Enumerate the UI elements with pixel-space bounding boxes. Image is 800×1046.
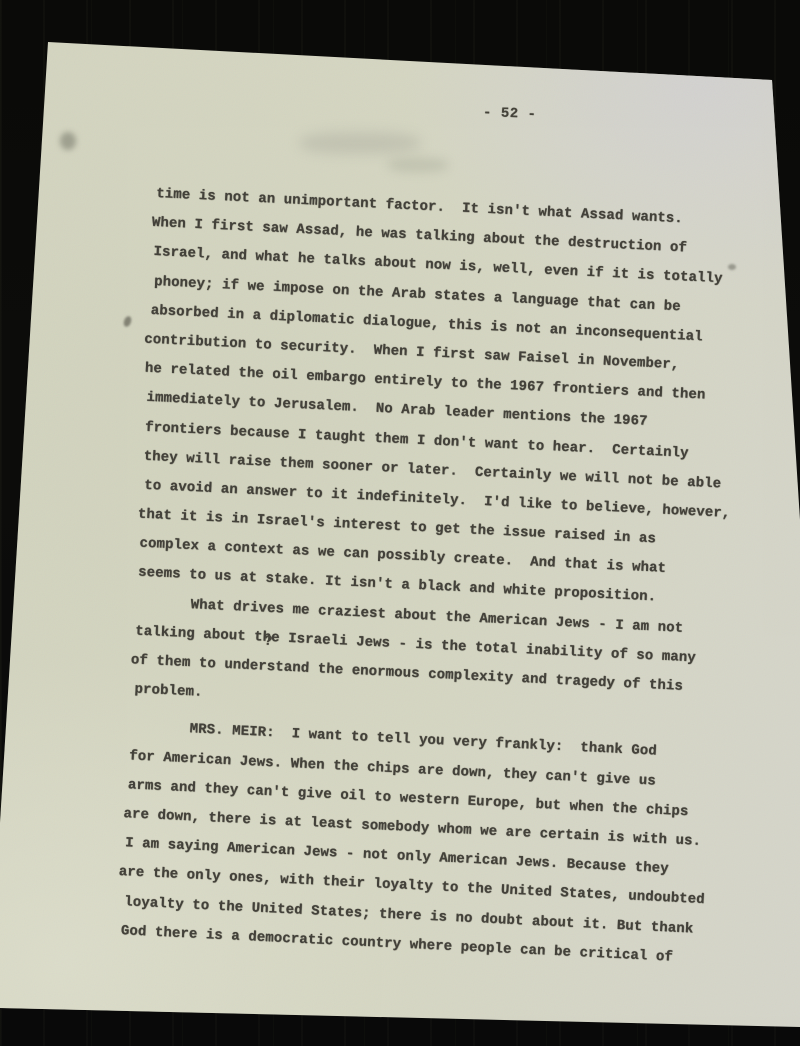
scan-smudge (300, 132, 420, 154)
page-number: - 52 - (483, 105, 537, 123)
handwritten-question-mark-annotation: ? (264, 634, 273, 650)
transcript-body: time is not an unimportant factor. It is… (120, 180, 796, 977)
document-page: - 52 - time is not an unimportant factor… (0, 0, 800, 1046)
scan-smudge (60, 132, 76, 150)
scan-background: - 52 - time is not an unimportant factor… (0, 0, 800, 1046)
ink-smudge (122, 315, 132, 328)
scan-smudge (388, 158, 448, 172)
